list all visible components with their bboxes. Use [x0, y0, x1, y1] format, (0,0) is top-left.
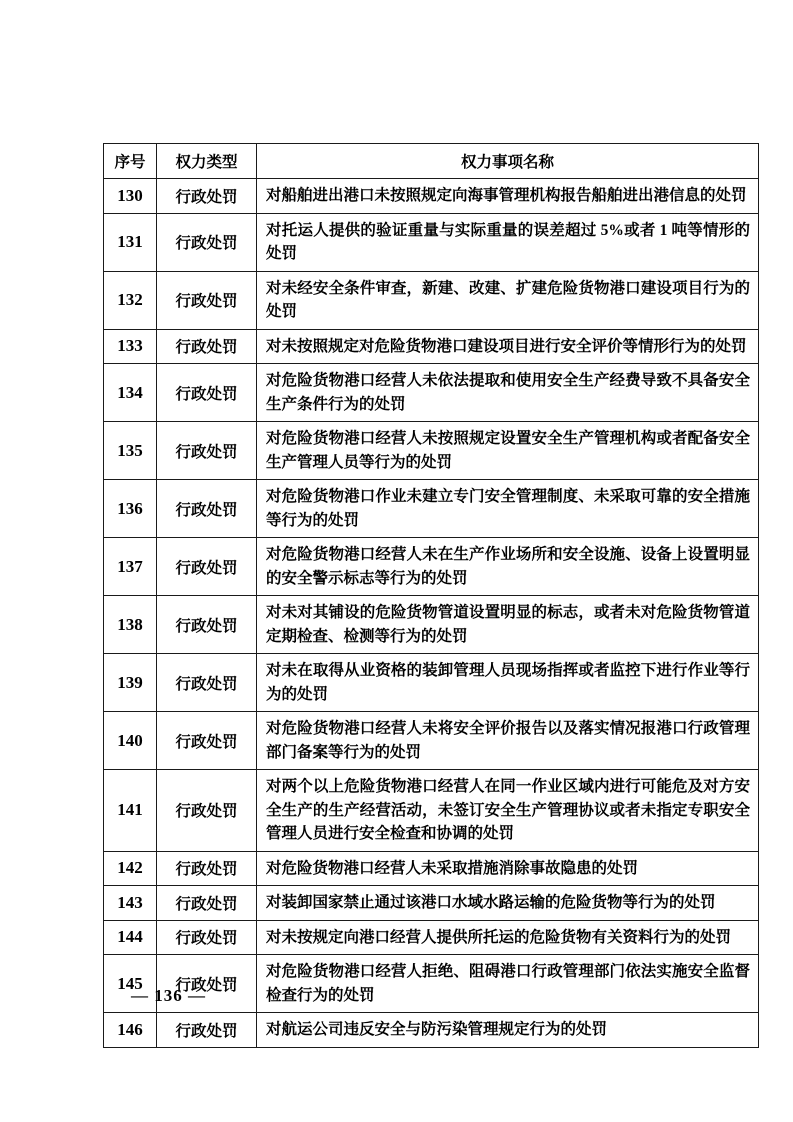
- row-power-type: 行政处罚: [157, 329, 257, 364]
- row-power-type: 行政处罚: [157, 271, 257, 329]
- table-row: 135 行政处罚 对危险货物港口经营人未按照规定设置安全生产管理机构或者配备安全…: [104, 422, 759, 480]
- row-serial-number: 135: [104, 422, 157, 480]
- row-serial-number: 143: [104, 886, 157, 921]
- table-row: 131 行政处罚 对托运人提供的验证重量与实际重量的误差超过 5%或者 1 吨等…: [104, 213, 759, 271]
- row-power-type: 行政处罚: [157, 886, 257, 921]
- row-power-item-name: 对危险货物港口经营人未依法提取和使用安全生产经费导致不具备安全生产条件行为的处罚: [257, 364, 759, 422]
- row-power-type: 行政处罚: [157, 538, 257, 596]
- row-serial-number: 144: [104, 920, 157, 955]
- table-row: 141 行政处罚 对两个以上危险货物港口经营人在同一作业区域内进行可能危及对方安…: [104, 770, 759, 852]
- row-power-item-name: 对危险货物港口经营人未按照规定设置安全生产管理机构或者配备安全生产管理人员等行为…: [257, 422, 759, 480]
- table-row: 144 行政处罚 对未按规定向港口经营人提供所托运的危险货物有关资料行为的处罚: [104, 920, 759, 955]
- row-serial-number: 141: [104, 770, 157, 852]
- row-power-item-name: 对危险货物港口经营人未将安全评价报告以及落实情况报港口行政管理部门备案等行为的处…: [257, 712, 759, 770]
- header-serial-number: 序号: [104, 144, 157, 179]
- row-power-type: 行政处罚: [157, 851, 257, 886]
- row-serial-number: 140: [104, 712, 157, 770]
- row-serial-number: 132: [104, 271, 157, 329]
- table-header-row: 序号 权力类型 权力事项名称: [104, 144, 759, 179]
- table-row: 130 行政处罚 对船舶进出港口未按照规定向海事管理机构报告船舶进出港信息的处罚: [104, 179, 759, 214]
- table-row: 143 行政处罚 对装卸国家禁止通过该港口水域水路运输的危险货物等行为的处罚: [104, 886, 759, 921]
- table-row: 142 行政处罚 对危险货物港口经营人未采取措施消除事故隐患的处罚: [104, 851, 759, 886]
- row-power-type: 行政处罚: [157, 213, 257, 271]
- row-serial-number: 142: [104, 851, 157, 886]
- row-serial-number: 130: [104, 179, 157, 214]
- row-power-item-name: 对船舶进出港口未按照规定向海事管理机构报告船舶进出港信息的处罚: [257, 179, 759, 214]
- row-power-type: 行政处罚: [157, 179, 257, 214]
- row-power-item-name: 对未按照规定对危险货物港口建设项目进行安全评价等情形行为的处罚: [257, 329, 759, 364]
- row-serial-number: 137: [104, 538, 157, 596]
- table-row: 132 行政处罚 对未经安全条件审查，新建、改建、扩建危险货物港口建设项目行为的…: [104, 271, 759, 329]
- row-serial-number: 136: [104, 480, 157, 538]
- power-items-table: 序号 权力类型 权力事项名称 130 行政处罚 对船舶进出港口未按照规定向海事管…: [103, 143, 759, 1048]
- row-power-type: 行政处罚: [157, 1013, 257, 1048]
- table-row: 136 行政处罚 对危险货物港口作业未建立专门安全管理制度、未采取可靠的安全措施…: [104, 480, 759, 538]
- table-row: 137 行政处罚 对危险货物港口经营人未在生产作业场所和安全设施、设备上设置明显…: [104, 538, 759, 596]
- row-power-item-name: 对未对其铺设的危险货物管道设置明显的标志，或者未对危险货物管道定期检查、检测等行…: [257, 596, 759, 654]
- row-power-item-name: 对危险货物港口经营人拒绝、阻碍港口行政管理部门依法实施安全监督检查行为的处罚: [257, 955, 759, 1013]
- row-power-type: 行政处罚: [157, 596, 257, 654]
- row-power-item-name: 对装卸国家禁止通过该港口水域水路运输的危险货物等行为的处罚: [257, 886, 759, 921]
- row-power-item-name: 对未在取得从业资格的装卸管理人员现场指挥或者监控下进行作业等行为的处罚: [257, 654, 759, 712]
- row-power-item-name: 对危险货物港口经营人未采取措施消除事故隐患的处罚: [257, 851, 759, 886]
- row-power-type: 行政处罚: [157, 422, 257, 480]
- row-serial-number: 134: [104, 364, 157, 422]
- row-power-type: 行政处罚: [157, 654, 257, 712]
- row-power-type: 行政处罚: [157, 480, 257, 538]
- table-row: 140 行政处罚 对危险货物港口经营人未将安全评价报告以及落实情况报港口行政管理…: [104, 712, 759, 770]
- row-power-type: 行政处罚: [157, 770, 257, 852]
- header-power-item-name: 权力事项名称: [257, 144, 759, 179]
- row-power-item-name: 对未经安全条件审查，新建、改建、扩建危险货物港口建设项目行为的处罚: [257, 271, 759, 329]
- table-row: 134 行政处罚 对危险货物港口经营人未依法提取和使用安全生产经费导致不具备安全…: [104, 364, 759, 422]
- penalty-table-body: 130 行政处罚 对船舶进出港口未按照规定向海事管理机构报告船舶进出港信息的处罚…: [104, 179, 759, 1048]
- row-serial-number: 138: [104, 596, 157, 654]
- row-serial-number: 146: [104, 1013, 157, 1048]
- table-row: 139 行政处罚 对未在取得从业资格的装卸管理人员现场指挥或者监控下进行作业等行…: [104, 654, 759, 712]
- row-power-item-name: 对托运人提供的验证重量与实际重量的误差超过 5%或者 1 吨等情形的处罚: [257, 213, 759, 271]
- row-power-item-name: 对危险货物港口经营人未在生产作业场所和安全设施、设备上设置明显的安全警示标志等行…: [257, 538, 759, 596]
- row-serial-number: 131: [104, 213, 157, 271]
- document-page: 序号 权力类型 权力事项名称 130 行政处罚 对船舶进出港口未按照规定向海事管…: [0, 0, 793, 1122]
- row-power-item-name: 对航运公司违反安全与防污染管理规定行为的处罚: [257, 1013, 759, 1048]
- table-row: 146 行政处罚 对航运公司违反安全与防污染管理规定行为的处罚: [104, 1013, 759, 1048]
- row-power-item-name: 对未按规定向港口经营人提供所托运的危险货物有关资料行为的处罚: [257, 920, 759, 955]
- page-number: — 136 —: [131, 986, 206, 1006]
- row-power-item-name: 对两个以上危险货物港口经营人在同一作业区域内进行可能危及对方安全生产的生产经营活…: [257, 770, 759, 852]
- row-power-type: 行政处罚: [157, 364, 257, 422]
- row-serial-number: 139: [104, 654, 157, 712]
- row-power-item-name: 对危险货物港口作业未建立专门安全管理制度、未采取可靠的安全措施等行为的处罚: [257, 480, 759, 538]
- table-row: 133 行政处罚 对未按照规定对危险货物港口建设项目进行安全评价等情形行为的处罚: [104, 329, 759, 364]
- header-power-type: 权力类型: [157, 144, 257, 179]
- row-power-type: 行政处罚: [157, 920, 257, 955]
- row-power-type: 行政处罚: [157, 712, 257, 770]
- table-row: 138 行政处罚 对未对其铺设的危险货物管道设置明显的标志，或者未对危险货物管道…: [104, 596, 759, 654]
- row-serial-number: 133: [104, 329, 157, 364]
